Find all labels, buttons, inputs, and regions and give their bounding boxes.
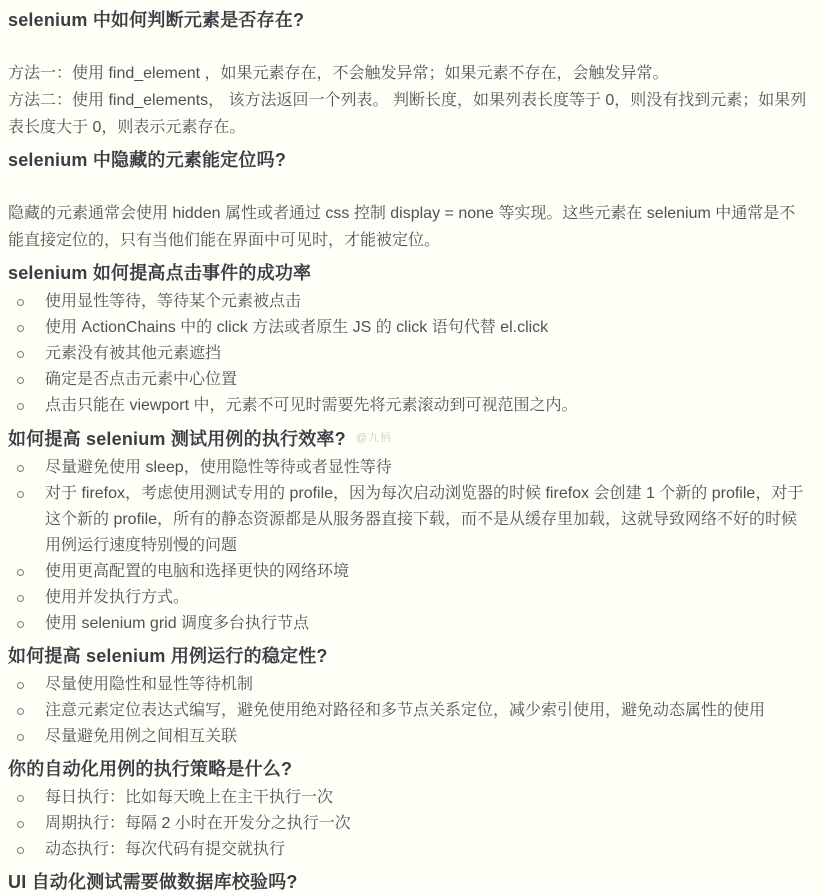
- answer-list: 尽量避免使用 sleep，使用隐性等待或者显性等待 对于 firefox，考虑使…: [8, 455, 810, 637]
- list-item: 使用显性等待，等待某个元素被点击: [8, 289, 810, 315]
- qa-document: selenium 中如何判断元素是否存在? 方法一：使用 find_elemen…: [0, 0, 822, 893]
- list-item: 每日执行：比如每天晚上在主干执行一次: [8, 785, 810, 811]
- list-item: 注意元素定位表达式编写，避免使用绝对路径和多节点关系定位，减少索引使用，避免动态…: [8, 698, 810, 724]
- list-item: 尽量避免用例之间相互关联: [8, 724, 810, 750]
- list-item: 使用更高配置的电脑和选择更快的网络环境: [8, 559, 810, 585]
- list-item: 确定是否点击元素中心位置: [8, 367, 810, 393]
- answer-paragraph: 隐藏的元素通常会使用 hidden 属性或者通过 css 控制 display …: [8, 200, 810, 254]
- qa-section-hidden-element: selenium 中隐藏的元素能定位吗? 隐藏的元素通常会使用 hidden 属…: [8, 148, 810, 254]
- question-heading: 如何提高 selenium 测试用例的执行效率?@九柄: [8, 426, 810, 451]
- question-heading: UI 自动化测试需要做数据库校验吗?: [8, 870, 810, 893]
- question-heading: selenium 如何提高点击事件的成功率: [8, 261, 810, 285]
- answer-list: 每日执行：比如每天晚上在主干执行一次 周期执行：每隔 2 小时在开发分之执行一次…: [8, 785, 810, 863]
- answer-paragraphs: 方法一：使用 find_element ，如果元素存在，不会触发异常；如果元素不…: [8, 60, 810, 141]
- list-item: 对于 firefox，考虑使用测试专用的 profile，因为每次启动浏览器的时…: [8, 481, 810, 559]
- qa-section-execution-strategy: 你的自动化用例的执行策略是什么? 每日执行：比如每天晚上在主干执行一次 周期执行…: [8, 757, 810, 863]
- question-heading: selenium 中隐藏的元素能定位吗?: [8, 148, 810, 172]
- list-item: 使用并发执行方式。: [8, 585, 810, 611]
- question-heading: 你的自动化用例的执行策略是什么?: [8, 757, 810, 781]
- qa-section-execution-efficiency: 如何提高 selenium 测试用例的执行效率?@九柄 尽量避免使用 sleep…: [8, 426, 810, 637]
- list-item: 尽量使用隐性和显性等待机制: [8, 672, 810, 698]
- list-item: 元素没有被其他元素遮挡: [8, 341, 810, 367]
- question-heading: 如何提高 selenium 用例运行的稳定性?: [8, 644, 810, 668]
- question-heading: selenium 中如何判断元素是否存在?: [8, 8, 810, 32]
- list-item: 动态执行：每次代码有提交就执行: [8, 837, 810, 863]
- qa-section-click-success-rate: selenium 如何提高点击事件的成功率 使用显性等待，等待某个元素被点击 使…: [8, 261, 810, 419]
- answer-list: 使用显性等待，等待某个元素被点击 使用 ActionChains 中的 clic…: [8, 289, 810, 419]
- qa-section-database-validation: UI 自动化测试需要做数据库校验吗?: [8, 870, 810, 893]
- qa-section-element-exists: selenium 中如何判断元素是否存在? 方法一：使用 find_elemen…: [8, 8, 810, 141]
- list-item: 使用 selenium grid 调度多台执行节点: [8, 611, 810, 637]
- list-item: 点击只能在 viewport 中，元素不可见时需要先将元素滚动到可视范围之内。: [8, 393, 810, 419]
- list-item: 尽量避免使用 sleep，使用隐性等待或者显性等待: [8, 455, 810, 481]
- list-item: 周期执行：每隔 2 小时在开发分之执行一次: [8, 811, 810, 837]
- answer-paragraphs: 隐藏的元素通常会使用 hidden 属性或者通过 css 控制 display …: [8, 200, 810, 254]
- answer-paragraph: 方法二：使用 find_elements， 该方法返回一个列表。 判断长度，如果…: [8, 87, 810, 141]
- question-text: 如何提高 selenium 测试用例的执行效率?: [8, 429, 346, 449]
- watermark: @九柄: [356, 432, 392, 444]
- answer-paragraph: 方法一：使用 find_element ，如果元素存在，不会触发异常；如果元素不…: [8, 60, 810, 87]
- answer-list: 尽量使用隐性和显性等待机制 注意元素定位表达式编写，避免使用绝对路径和多节点关系…: [8, 672, 810, 750]
- list-item: 使用 ActionChains 中的 click 方法或者原生 JS 的 cli…: [8, 315, 810, 341]
- qa-section-run-stability: 如何提高 selenium 用例运行的稳定性? 尽量使用隐性和显性等待机制 注意…: [8, 644, 810, 750]
